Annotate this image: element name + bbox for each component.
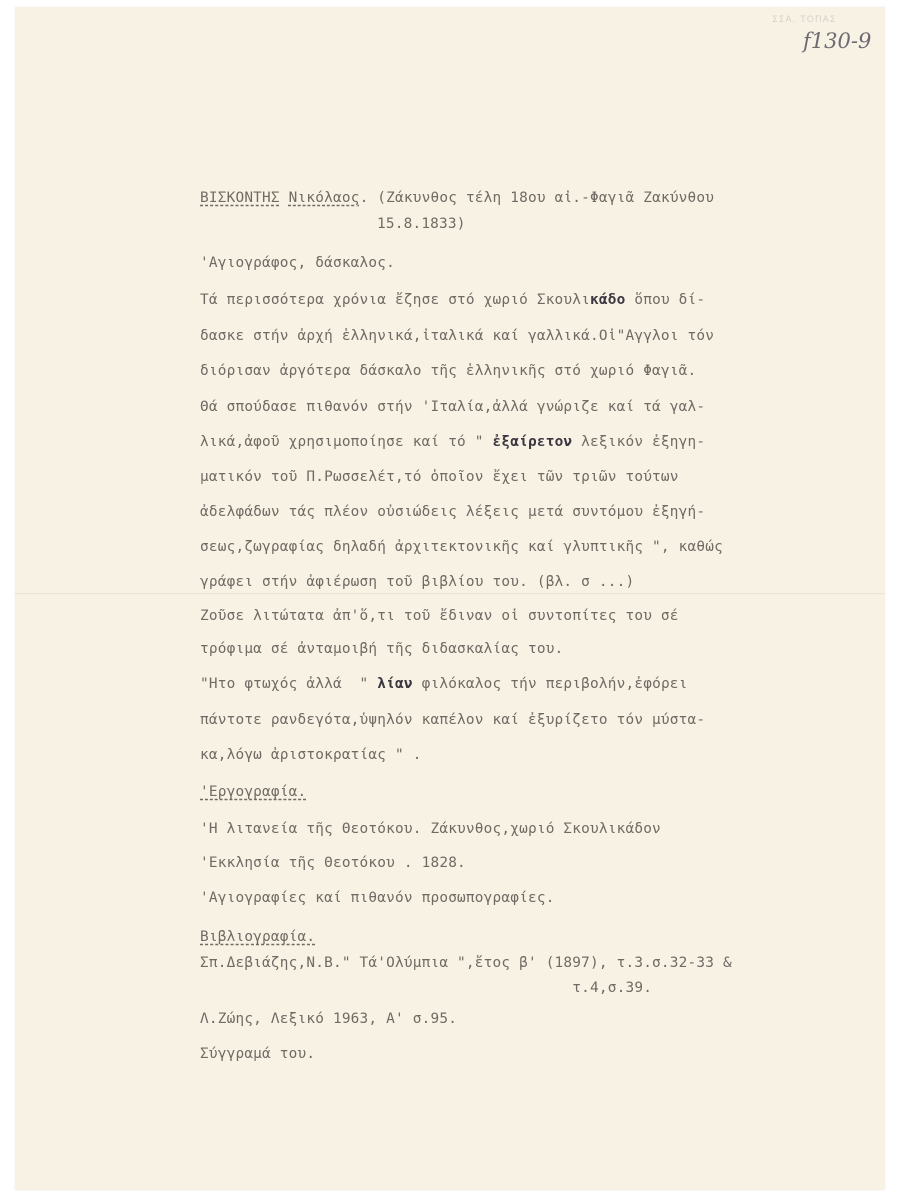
bio-line: γράφει στήν ἀφιέρωση τοῦ βιβλίου του. (β… <box>200 574 634 590</box>
bio-line: "Ητο φτωχός ἀλλά " λίαν φιλόκαλος τήν πε… <box>200 676 688 692</box>
header-dates: . (Ζάκυνθος τέλη 18ου αἰ.-Φαγιᾶ Ζακύνθου <box>360 190 715 206</box>
bio-line: ματικόν τοῦ Π.Ρωσσελέτ,τό ὁποῖον ἔχει τῶ… <box>200 469 679 485</box>
bio-line: δασκε στήν ἀρχή ἑλληνικά,ἰταλικά καί γαλ… <box>200 328 714 344</box>
bibliography-heading: Βιβλιογραφία. <box>200 929 315 945</box>
bio-line: διόρισαν ἀργότερα δάσκαλο τῆς ἑλληνικῆς … <box>200 363 696 379</box>
bio-line: ἀδελφάδων τάς πλέον οὐσιώδεις λέξεις μετ… <box>200 504 705 520</box>
bio-line: Θά σπούδασε πιθανόν στήν 'Ιταλία,ἀλλά γν… <box>200 399 705 415</box>
entry-header: ΒΙΣΚΟΝΤΗΣ Νικόλαος. (Ζάκυνθος τέλη 18ου … <box>200 190 714 206</box>
bio-line: λικά,ἀφοῦ χρησιμοποίησε καί τό " ἐξαίρετ… <box>200 434 705 450</box>
handwritten-reference: f130-9 <box>803 29 871 53</box>
bio-line: τρόφιμα σέ ἀνταμοιβή τῆς διδασκαλίας του… <box>200 641 563 657</box>
surname: ΒΙΣΚΟΝΤΗΣ <box>200 190 280 206</box>
bibliography-item-cont: τ.4,σ.39. <box>200 980 652 996</box>
bibliography-item: Σπ.Δεβιάζης,Ν.Β." Τά'Ολύμπια ",ἔτος β' (… <box>200 955 732 971</box>
header-dates-cont: 15.8.1833) <box>377 216 466 232</box>
archive-stamp: ΣΣΑ. ΤΟΠΑΣ <box>772 15 836 25</box>
works-item: 'Εκκλησία τῆς Θεοτόκου . 1828. <box>200 855 466 871</box>
bio-line: Τά περισσότερα χρόνια ἔζησε στό χωριό Σκ… <box>200 292 705 308</box>
bibliography-item: Λ.Ζώης, Λεξικό 1963, Α' σ.95. <box>200 1011 457 1027</box>
paper-fold-line <box>15 593 885 595</box>
occupation: 'Αγιογράφος, δάσκαλος. <box>200 255 395 271</box>
bio-line: πάντοτε ρανδεγότα,ὑψηλόν καπέλον καί ἐξυ… <box>200 712 705 728</box>
bio-line: Ζοῦσε λιτώτατα ἀπ'ὅ,τι τοῦ ἔδιναν οἱ συν… <box>200 608 679 624</box>
works-item: 'Αγιογραφίες καί πιθανόν προσωπογραφίες. <box>200 890 555 906</box>
bibliography-item: Σύγγραμά του. <box>200 1046 315 1062</box>
works-item: 'Η λιτανεία τῆς Θεοτόκου. Ζάκυνθος,χωριό… <box>200 821 661 837</box>
given-name: Νικόλαος <box>289 190 360 206</box>
works-heading: 'Εργογραφία. <box>200 784 306 800</box>
typewritten-page: ΣΣΑ. ΤΟΠΑΣ f130-9 ΒΙΣΚΟΝΤΗΣ Νικόλαος. (Ζ… <box>15 7 885 1190</box>
bio-line: σεως,ζωγραφίας δηλαδή ἀρχιτεκτονικῆς καί… <box>200 539 723 555</box>
bio-line: κα,λόγω ἀριστοκρατίας " . <box>200 747 422 763</box>
